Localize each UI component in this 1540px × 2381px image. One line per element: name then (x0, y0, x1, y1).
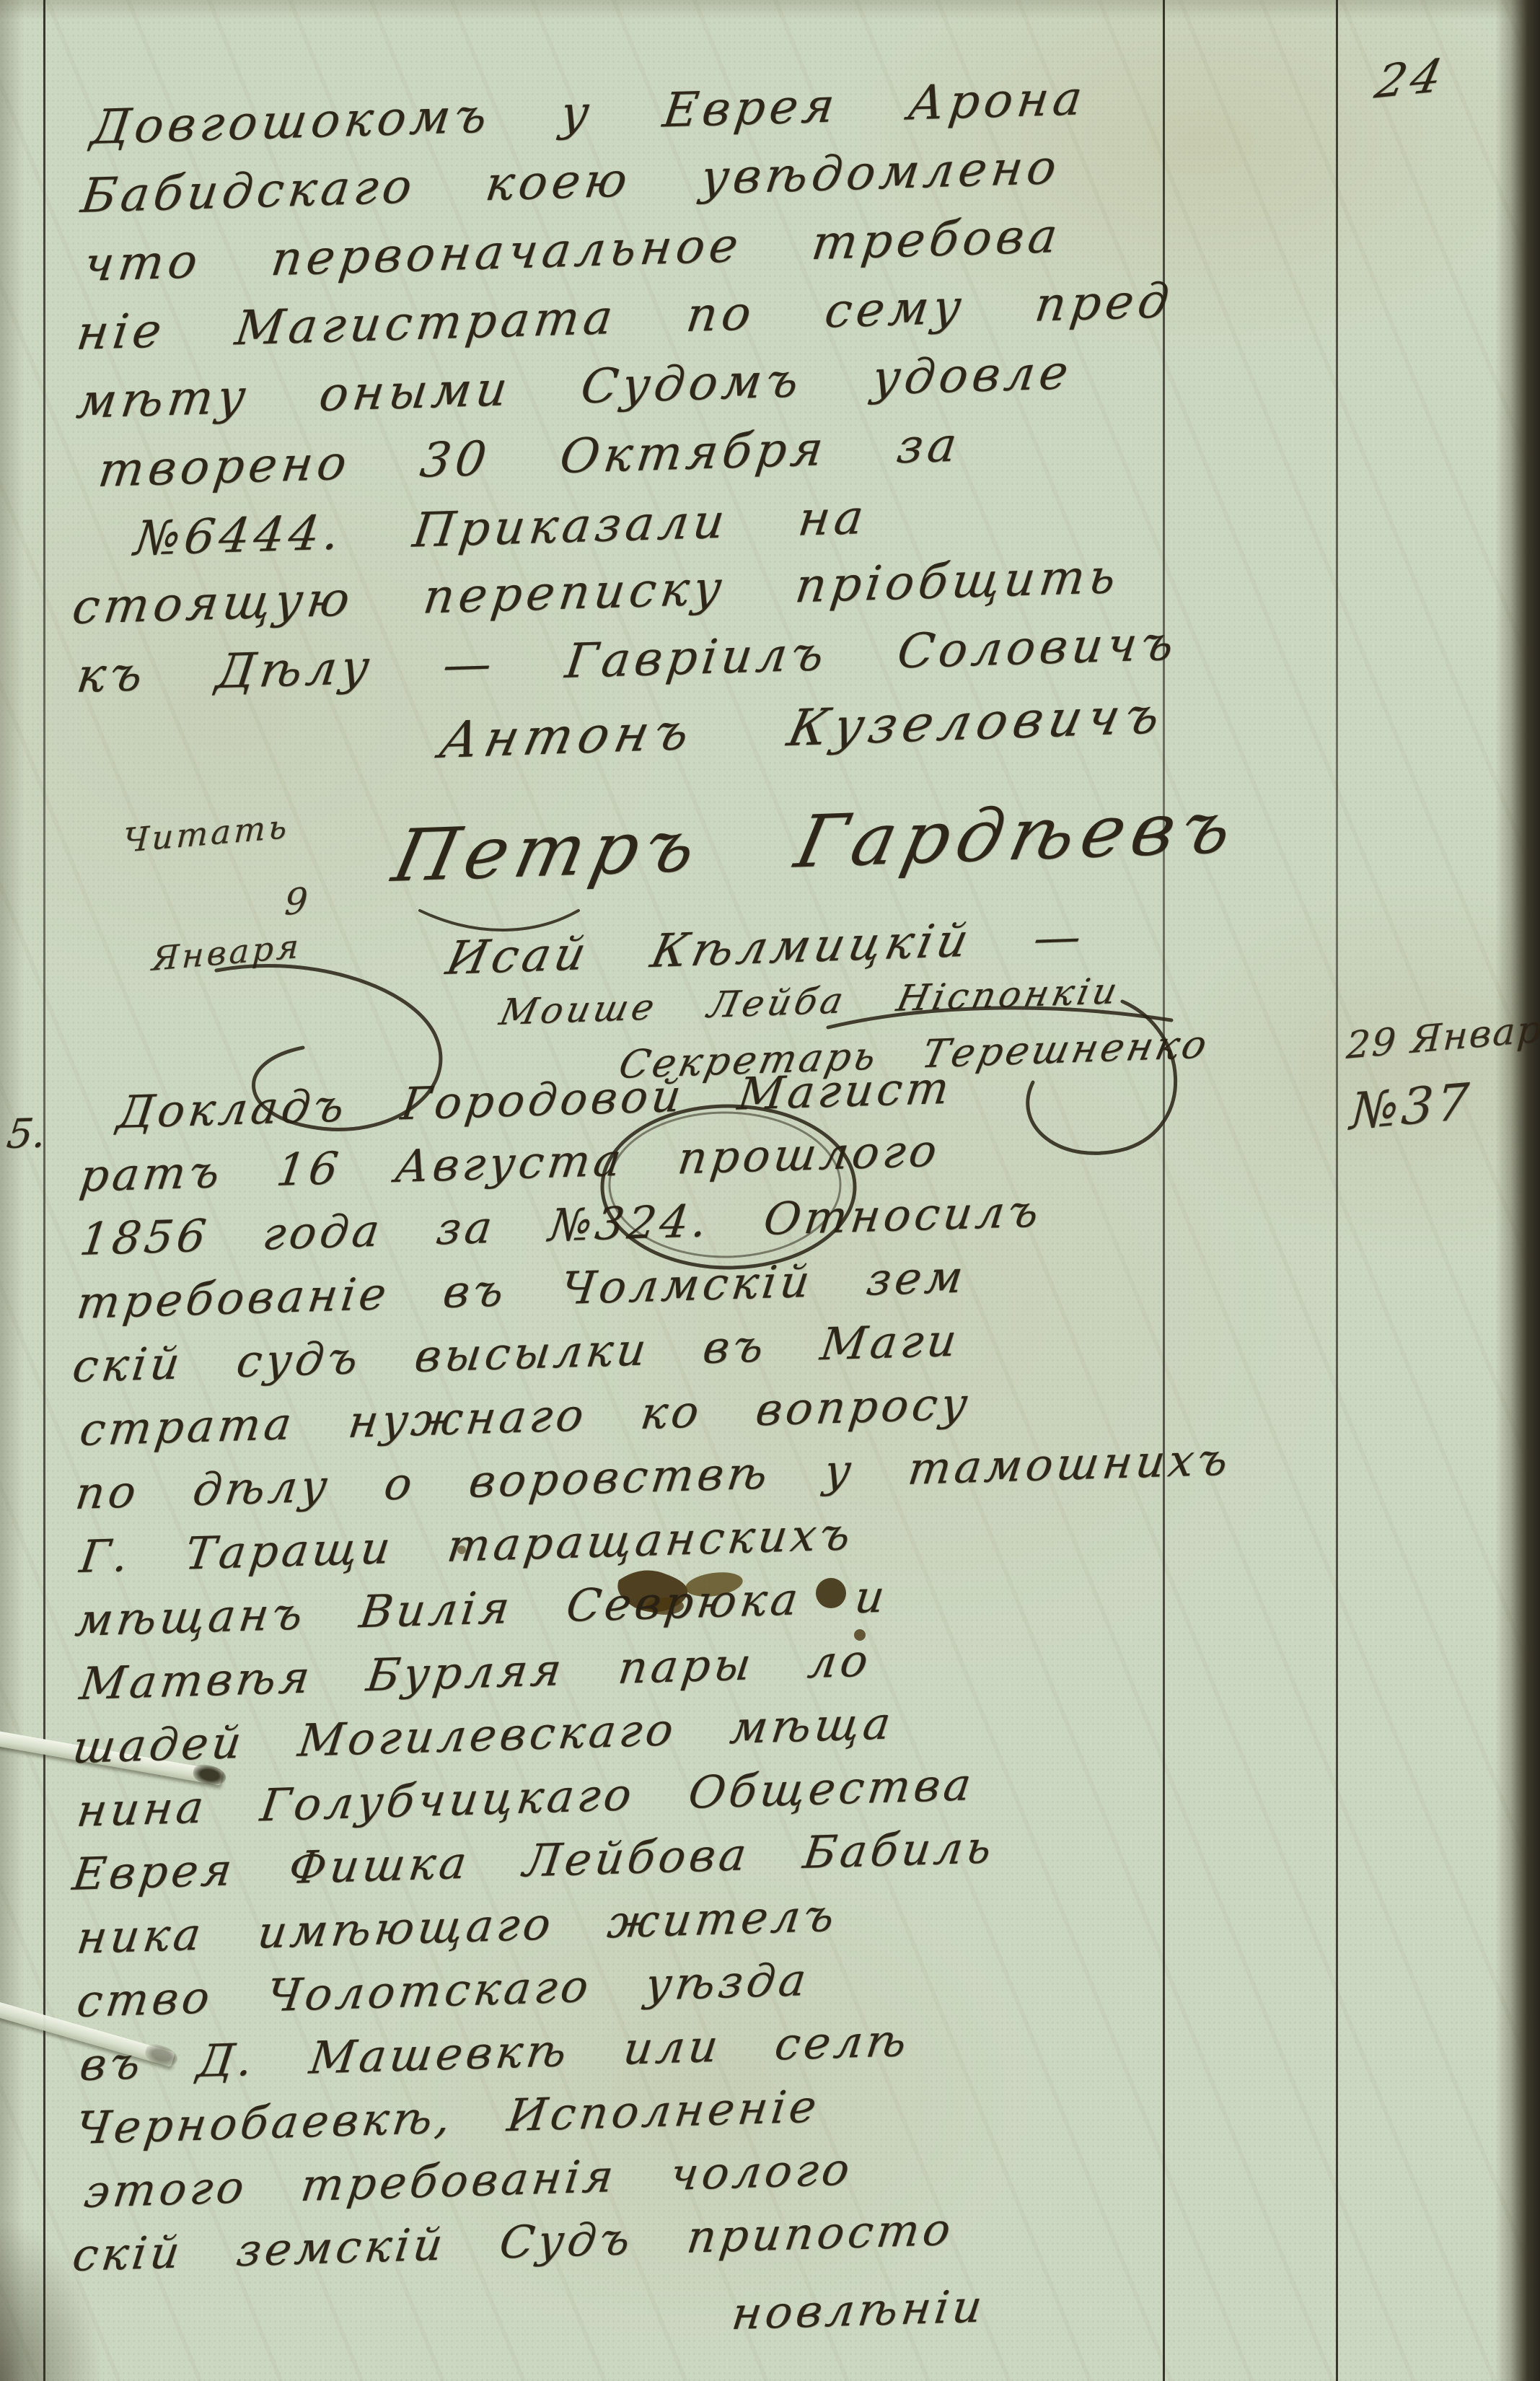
signature-anton-kuzelovich: Антонъ Кузеловичъ (434, 685, 1171, 770)
folio-number: 24 (1370, 49, 1451, 109)
right-margin-rule (1336, 0, 1338, 2381)
manuscript-line: Бабидскаго коею увѣдомлено (78, 139, 1064, 224)
margin-note-month: Января (151, 926, 302, 978)
manuscript-line: ника имѣющаго жителъ (74, 1889, 841, 1964)
manuscript-line: что первоначальное требова (81, 208, 1065, 292)
manuscript-line: Г. Таращи таращанскихъ (77, 1507, 857, 1583)
manuscript-line: Чернобаевкѣ, Исполненіе (73, 2080, 823, 2154)
text-column-rule (1163, 0, 1165, 2381)
manuscript-line: №6444. Приказали на (131, 489, 871, 566)
manuscript-line: мѣщанъ Вилія Севрюка и (73, 1570, 892, 1646)
manuscript-line: Матвѣя Бурляя пары ло (77, 1634, 875, 1710)
entry-number: 5. (4, 1110, 49, 1158)
manuscript-line: скій земскій Судъ припосто (70, 2203, 957, 2281)
manuscript-page: 24 Читать 9 Января Петръ Гардѣевъ Исай К… (0, 0, 1540, 2381)
manuscript-line: въ Д. Машевкѣ или селѣ (77, 2014, 913, 2091)
signature-petr-gardeev: Петръ Гардѣевъ (386, 785, 1247, 898)
right-margin-number: №37 (1349, 1071, 1474, 1141)
manuscript-line: новлѣніи (729, 2280, 989, 2340)
page-edge-shadow (1495, 0, 1540, 2381)
margin-note-day: 9 (283, 880, 309, 924)
manuscript-line: творено 30 Октября за (95, 417, 964, 498)
margin-note-read: Читать (122, 807, 291, 860)
manuscript-line: мѣту оными Судомъ удовле (74, 344, 1075, 429)
manuscript-line: этого требованія чолого (82, 2143, 856, 2218)
manuscript-line: шадей Могилевскаго мѣща (70, 1696, 897, 1773)
manuscript-line: ство Чолотскаго уѣзда (74, 1953, 813, 2027)
